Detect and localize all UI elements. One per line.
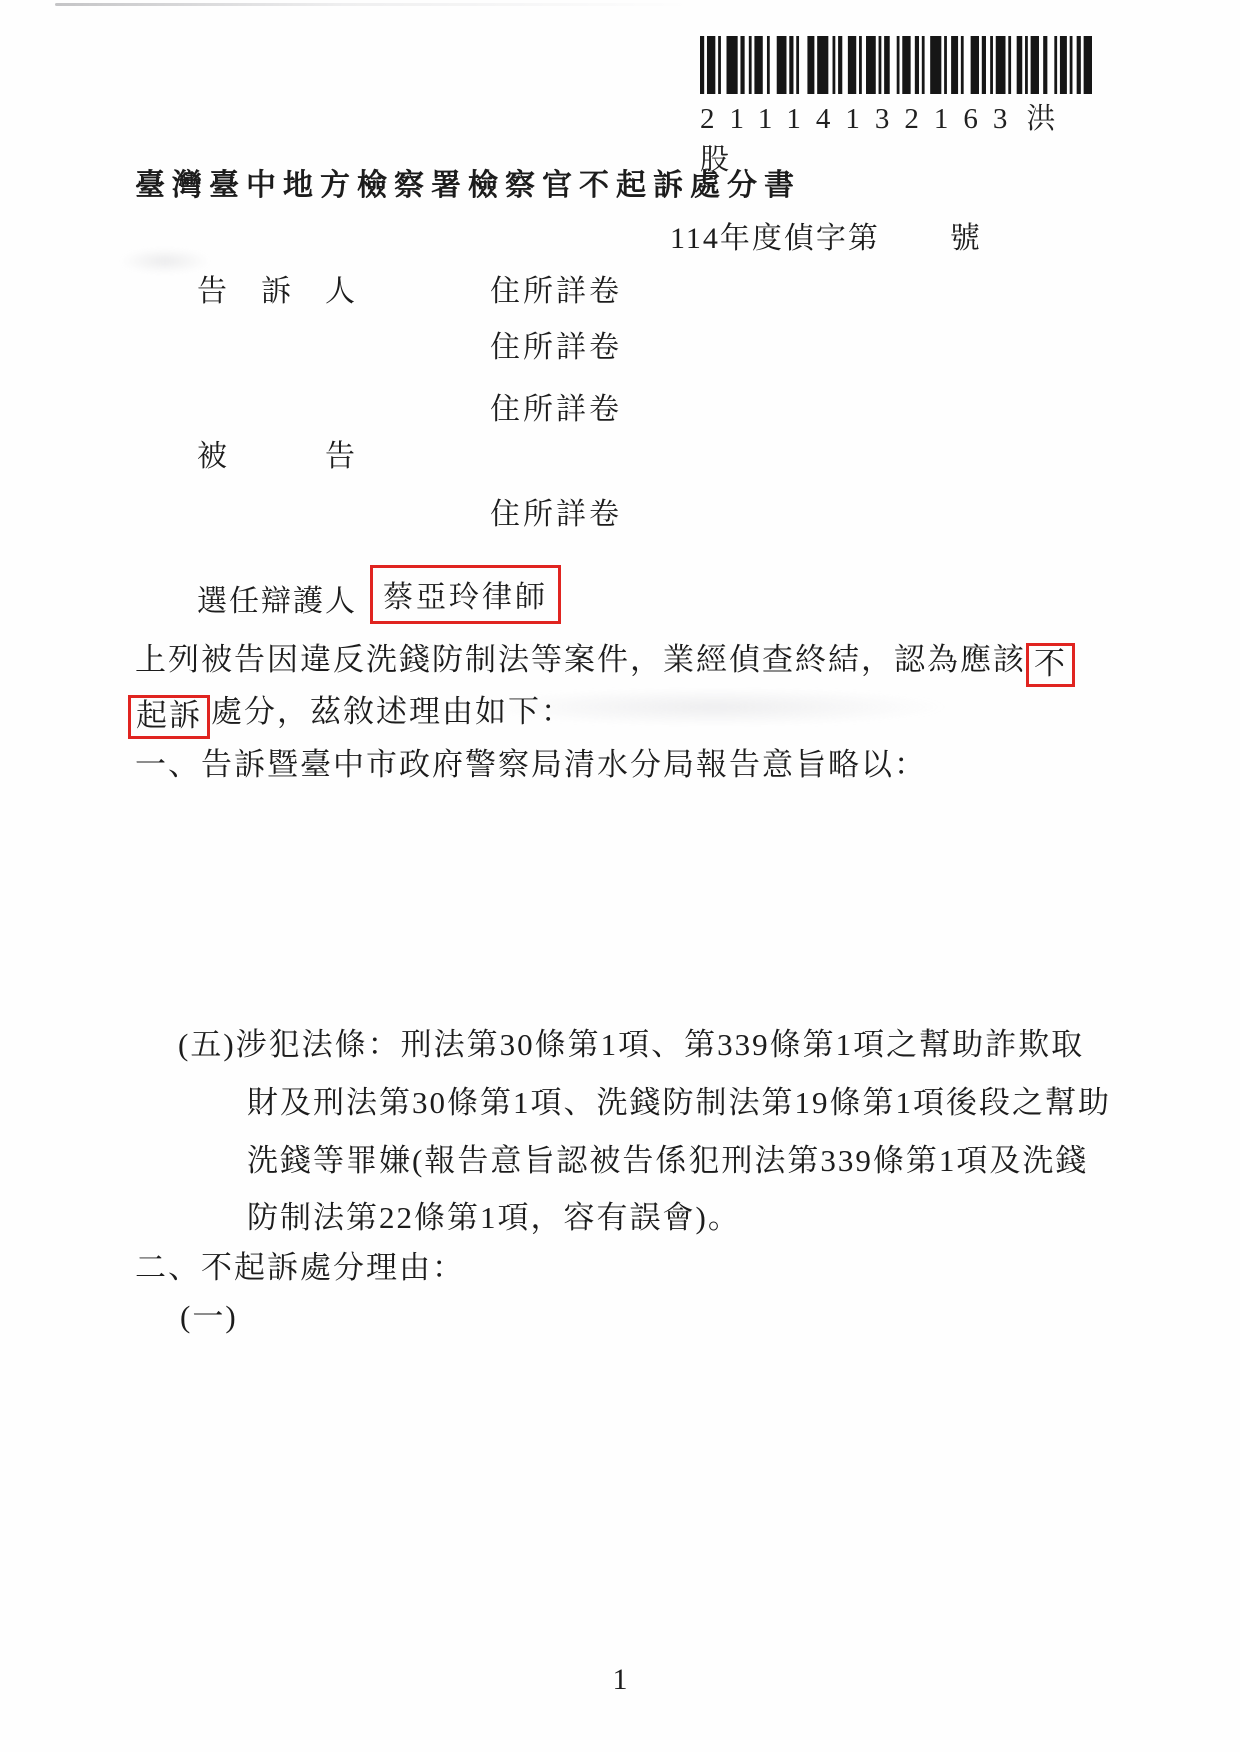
highlighted-word-qisu: 起訴 bbox=[128, 695, 210, 739]
item-5-line-2: 財及刑法第30條第1項、洗錢防制法第19條第1項後段之幫助 bbox=[247, 1077, 1111, 1122]
intro-line-2: 起訴處分，茲敘述理由如下： bbox=[128, 686, 574, 739]
case-barcode-stamp: 21114132163洪 股 bbox=[700, 36, 1092, 178]
barcode-icon bbox=[700, 36, 1092, 94]
document-title: 臺灣臺中地方檢察署檢察官不起訴處分書 bbox=[135, 160, 801, 204]
complainant-address-2: 住所詳卷 bbox=[490, 322, 622, 366]
intro-text-2: 處分，茲敘述理由如下： bbox=[211, 694, 574, 729]
complainant-address-1: 住所詳卷 bbox=[490, 266, 622, 310]
subsection-1-marker: (一) bbox=[180, 1291, 238, 1336]
case-number-prefix: 114年度偵字第 bbox=[670, 222, 880, 255]
defendant-label: 被 告 bbox=[197, 431, 357, 475]
case-number-suffix: 號 bbox=[950, 222, 982, 255]
barcode-number: 21114132163 bbox=[700, 103, 1022, 135]
item-5-line-1: (五)涉犯法條：刑法第30條第1項、第339條第1項之幫助詐欺取 bbox=[178, 1019, 1084, 1064]
item-5-line-3: 洗錢等罪嫌(報告意旨認被告係犯刑法第339條第1項及洗錢 bbox=[247, 1135, 1088, 1180]
complainant-address-3: 住所詳卷 bbox=[490, 384, 622, 428]
scan-edge-artifact bbox=[55, 3, 695, 6]
defendant-address: 住所詳卷 bbox=[490, 489, 622, 533]
item-5-line-4: 防制法第22條第1項，容有誤會)。 bbox=[247, 1192, 741, 1237]
defense-counsel-label: 選任辯護人 bbox=[197, 576, 357, 620]
case-number-line: 114年度偵字第號 bbox=[670, 213, 982, 257]
intro-line-1: 上列被告因違反洗錢防制法等案件，業經偵查終結，認為應該不 bbox=[135, 634, 1075, 687]
complainant-label: 告 訴 人 bbox=[197, 266, 357, 310]
highlighted-word-bu: 不 bbox=[1026, 643, 1075, 687]
scanned-document-page: 21114132163洪 股 臺灣臺中地方檢察署檢察官不起訴處分書 114年度偵… bbox=[0, 0, 1240, 1752]
page-number: 1 bbox=[0, 1663, 1240, 1697]
intro-text-1: 上列被告因違反洗錢防制法等案件，業經偵查終結，認為應該 bbox=[135, 642, 1026, 677]
defense-counsel-name-highlighted: 蔡亞玲律師 bbox=[370, 565, 561, 624]
section-2-heading: 二、不起訴處分理由： bbox=[135, 1242, 465, 1287]
section-1-heading: 一、告訴暨臺中市政府警察局清水分局報告意旨略以： bbox=[135, 739, 927, 784]
